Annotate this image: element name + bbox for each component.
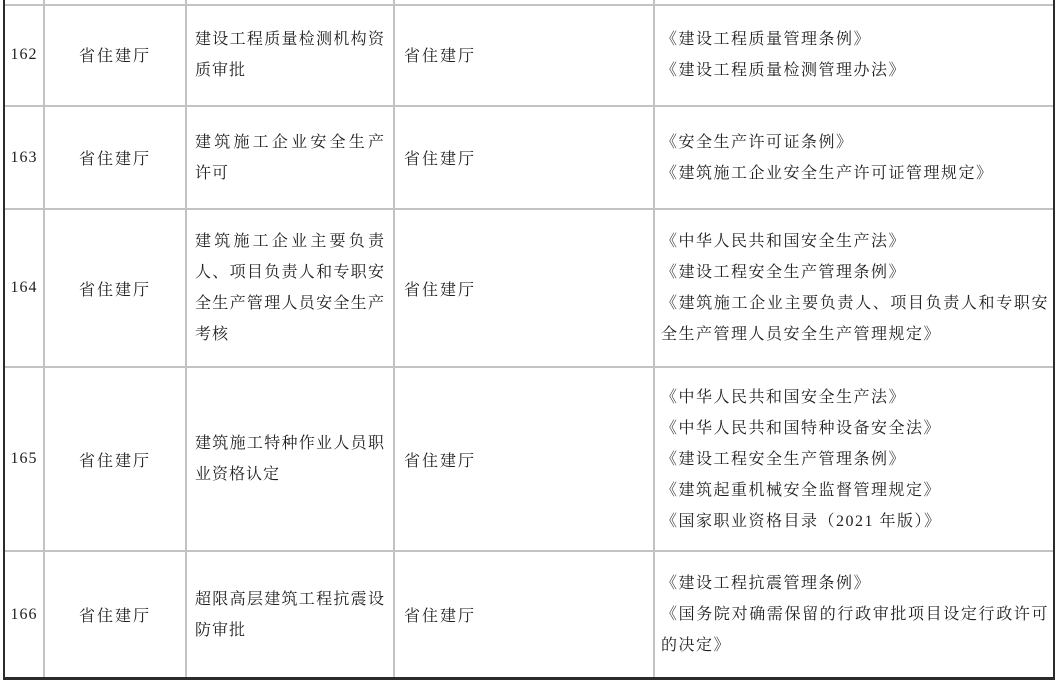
row-number: 164 (11, 279, 38, 297)
item-name-line: 质审批 (195, 55, 385, 86)
legal-basis-entry: 《中华人民共和国安全生产法》 (661, 226, 1049, 257)
department-label: 省住建厅 (79, 603, 151, 626)
row-number: 163 (11, 149, 38, 167)
legal-basis-entry: 《建筑施工企业安全生产许可证管理规定》 (661, 158, 1049, 189)
item-name-line: 全生产管理人员安全生产 (195, 288, 385, 319)
legal-basis-cell: 《建设工程质量管理条例》《建设工程质量检测管理办法》 (655, 4, 1053, 107)
item-name-line: 建筑施工特种作业人员职 (195, 428, 385, 459)
row-number-cell: 166 (5, 552, 45, 677)
table-outer-border-right (1053, 0, 1055, 680)
item-name-line: 超限高层建筑工程抗震设 (195, 584, 385, 615)
document-page: 162 省住建厅 建设工程质量检测机构资质审批 省住建厅 《建设工程质量管理条例… (0, 0, 1059, 685)
department-label: 省住建厅 (79, 43, 151, 66)
table-outer-border-bottom (3, 677, 1055, 680)
legal-basis-entry: 《建筑施工企业主要负责人、项目负责人和专职安全生产管理人员安全生产管理规定》 (661, 288, 1049, 350)
item-name-cell: 建设工程质量检测机构资质审批 (187, 4, 395, 107)
row-number: 162 (11, 46, 38, 64)
department-cell: 省住建厅 (45, 552, 187, 677)
row-number-cell: 162 (5, 4, 45, 107)
row-number-cell: 165 (5, 368, 45, 552)
row-number: 165 (11, 450, 38, 468)
item-name-cell: 建筑施工企业安全生产许可 (187, 107, 395, 210)
table-row: 166 省住建厅 超限高层建筑工程抗震设防审批 省住建厅 《建设工程抗震管理条例… (5, 552, 1053, 677)
item-name-line: 建设工程质量检测机构资 (195, 24, 385, 55)
implementing-department-label: 省住建厅 (404, 277, 476, 300)
legal-basis-entry: 《建设工程安全生产管理条例》 (661, 257, 1049, 288)
row-number-cell: 163 (5, 107, 45, 210)
legal-basis-entry: 《国务院对确需保留的行政审批项目设定行政许可的决定》 (661, 599, 1049, 661)
implementing-department-cell: 省住建厅 (395, 107, 655, 210)
department-cell: 省住建厅 (45, 107, 187, 210)
legal-basis-entry: 《建设工程质量检测管理办法》 (661, 55, 1049, 86)
item-name-line: 防审批 (195, 615, 385, 646)
legal-basis-cell: 《安全生产许可证条例》《建筑施工企业安全生产许可证管理规定》 (655, 107, 1053, 210)
implementing-department-label: 省住建厅 (404, 43, 476, 66)
table-row: 162 省住建厅 建设工程质量检测机构资质审批 省住建厅 《建设工程质量管理条例… (5, 4, 1053, 107)
table-row: 165 省住建厅 建筑施工特种作业人员职业资格认定 省住建厅 《中华人民共和国安… (5, 368, 1053, 552)
row-number: 166 (11, 606, 38, 624)
table-row: 163 省住建厅 建筑施工企业安全生产许可 省住建厅 《安全生产许可证条例》《建… (5, 107, 1053, 210)
department-cell: 省住建厅 (45, 368, 187, 552)
item-name-line: 业资格认定 (195, 459, 385, 490)
legal-basis-entry: 《国家职业资格目录（2021 年版）》 (661, 506, 1049, 537)
department-label: 省住建厅 (79, 146, 151, 169)
legal-basis-entry: 《中华人民共和国特种设备安全法》 (661, 413, 1049, 444)
item-name-cell: 建筑施工企业主要负责人、项目负责人和专职安全生产管理人员安全生产考核 (187, 210, 395, 368)
approval-items-table: 162 省住建厅 建设工程质量检测机构资质审批 省住建厅 《建设工程质量管理条例… (5, 4, 1053, 677)
implementing-department-label: 省住建厅 (404, 448, 476, 471)
item-name-line: 人、项目负责人和专职安 (195, 257, 385, 288)
implementing-department-cell: 省住建厅 (395, 4, 655, 107)
implementing-department-cell: 省住建厅 (395, 210, 655, 368)
implementing-department-label: 省住建厅 (404, 603, 476, 626)
table-row: 164 省住建厅 建筑施工企业主要负责人、项目负责人和专职安全生产管理人员安全生… (5, 210, 1053, 368)
legal-basis-entry: 《中华人民共和国安全生产法》 (661, 382, 1049, 413)
item-name-line: 建筑施工企业安全生产 (195, 127, 385, 158)
department-label: 省住建厅 (79, 448, 151, 471)
item-name-line: 许可 (195, 158, 385, 189)
item-name-line: 考核 (195, 319, 385, 350)
legal-basis-cell: 《中华人民共和国安全生产法》《中华人民共和国特种设备安全法》《建设工程安全生产管… (655, 368, 1053, 552)
legal-basis-entry: 《建筑起重机械安全监督管理规定》 (661, 475, 1049, 506)
item-name-cell: 建筑施工特种作业人员职业资格认定 (187, 368, 395, 552)
legal-basis-entry: 《建设工程质量管理条例》 (661, 24, 1049, 55)
item-name-cell: 超限高层建筑工程抗震设防审批 (187, 552, 395, 677)
implementing-department-cell: 省住建厅 (395, 552, 655, 677)
department-cell: 省住建厅 (45, 4, 187, 107)
implementing-department-cell: 省住建厅 (395, 368, 655, 552)
legal-basis-cell: 《建设工程抗震管理条例》《国务院对确需保留的行政审批项目设定行政许可的决定》 (655, 552, 1053, 677)
department-label: 省住建厅 (79, 277, 151, 300)
legal-basis-cell: 《中华人民共和国安全生产法》《建设工程安全生产管理条例》《建筑施工企业主要负责人… (655, 210, 1053, 368)
item-name-line: 建筑施工企业主要负责 (195, 226, 385, 257)
legal-basis-entry: 《建设工程抗震管理条例》 (661, 568, 1049, 599)
row-number-cell: 164 (5, 210, 45, 368)
implementing-department-label: 省住建厅 (404, 146, 476, 169)
legal-basis-entry: 《建设工程安全生产管理条例》 (661, 444, 1049, 475)
department-cell: 省住建厅 (45, 210, 187, 368)
legal-basis-entry: 《安全生产许可证条例》 (661, 127, 1049, 158)
